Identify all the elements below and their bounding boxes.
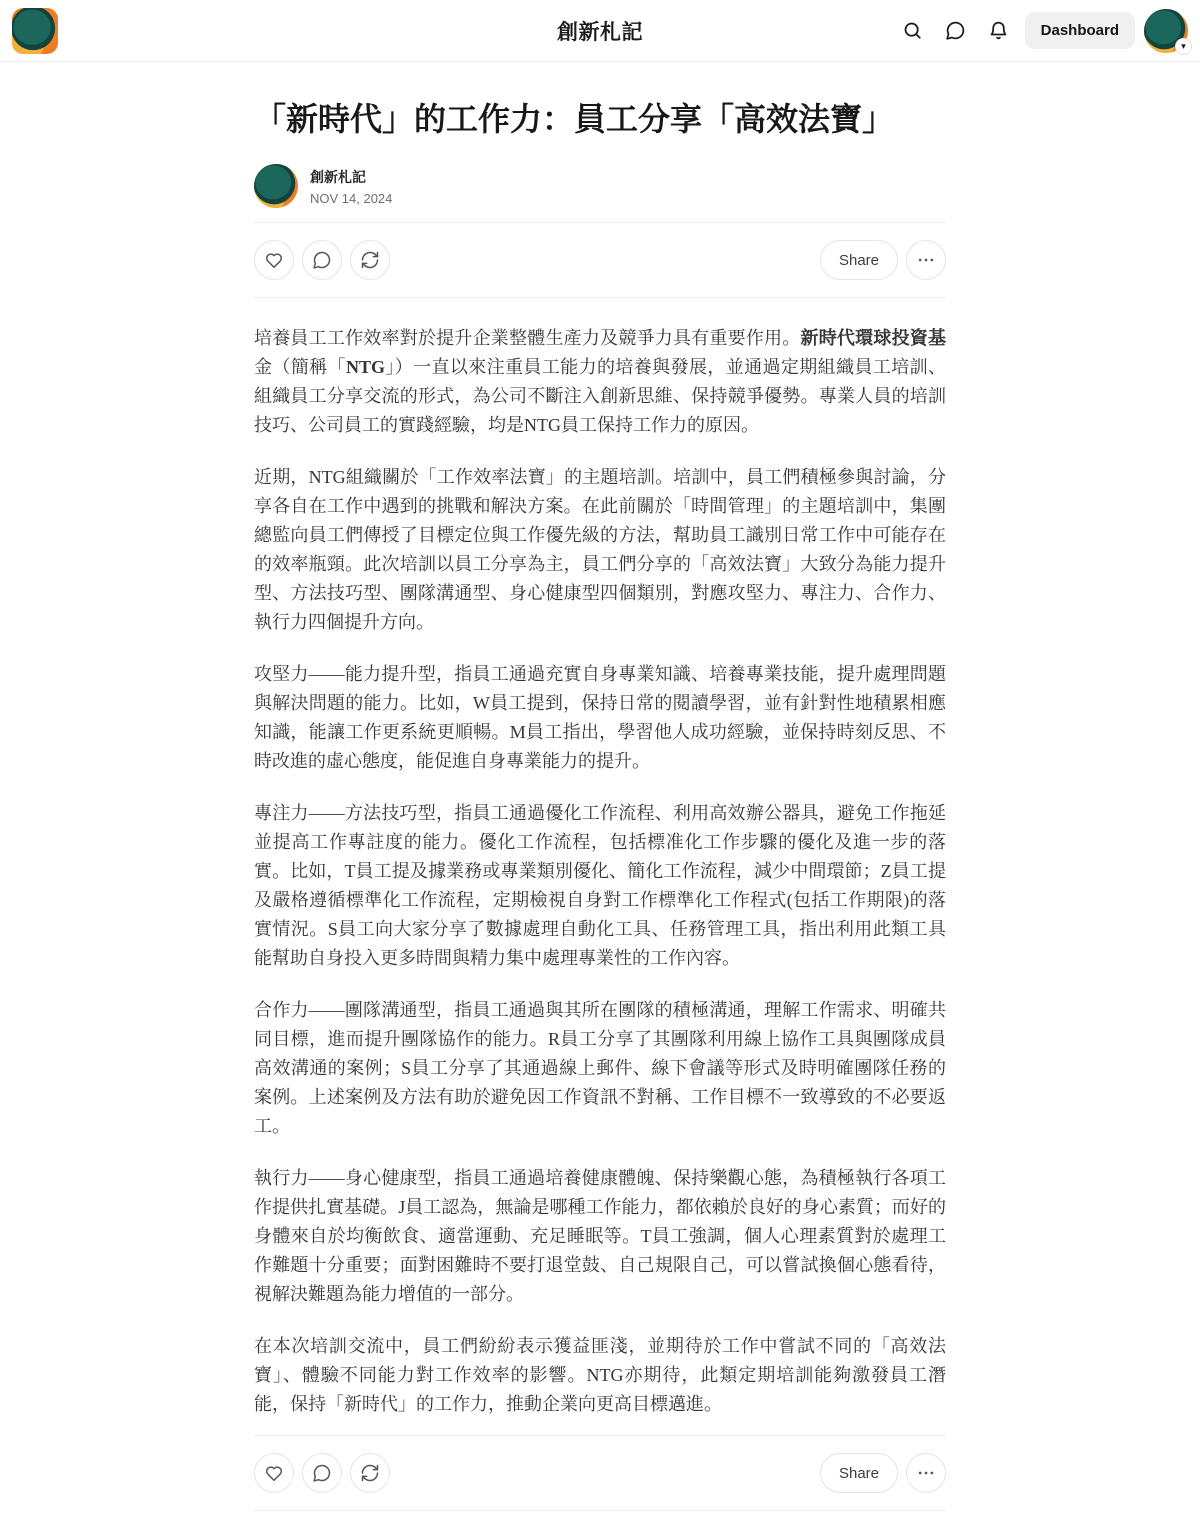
- article-paragraph: 合作力——團隊溝通型，指員工通過與其所在團隊的積極溝通，理解工作需求、明確共同目…: [254, 996, 946, 1141]
- author-avatar-image: [254, 164, 298, 208]
- reaction-buttons: [254, 1453, 390, 1493]
- article-paragraph: 在本次培訓交流中，員工們紛紛表示獲益匪淺，並期待於工作中嘗試不同的「高效法寶」、…: [254, 1332, 946, 1419]
- bell-icon: [988, 20, 1009, 41]
- post-date: NOV 14, 2024: [310, 191, 392, 206]
- ellipsis-icon: [916, 1463, 936, 1483]
- comment-icon: [312, 1463, 332, 1483]
- post-page: 「新時代」的工作力：員工分享「高效法寶」 創新札記 NOV 14, 2024: [254, 98, 946, 1537]
- post-action-bar-top: Share: [254, 223, 946, 297]
- heart-icon: [264, 1463, 284, 1483]
- share-buttons: Share: [820, 1453, 946, 1493]
- share-button[interactable]: Share: [820, 240, 898, 280]
- share-buttons: Share: [820, 240, 946, 280]
- like-button[interactable]: [254, 1453, 294, 1493]
- reaction-buttons: [254, 240, 390, 280]
- heart-icon: [264, 250, 284, 270]
- restack-icon: [360, 1463, 380, 1483]
- comment-icon: [312, 250, 332, 270]
- bottom-spacer: [254, 1511, 946, 1537]
- publication-logo[interactable]: [12, 8, 58, 54]
- ellipsis-icon: [916, 250, 936, 270]
- caret-down-icon: ▾: [1175, 38, 1192, 55]
- site-title[interactable]: 創新札記: [557, 16, 643, 46]
- comments-button[interactable]: [939, 14, 973, 48]
- comment-button[interactable]: [302, 1453, 342, 1493]
- user-avatar[interactable]: ▾: [1144, 9, 1188, 53]
- more-button[interactable]: [906, 240, 946, 280]
- dashboard-button[interactable]: Dashboard: [1025, 12, 1135, 49]
- article-paragraph: 攻堅力——能力提升型，指員工通過充實自身專業知識、培養專業技能，提升處理問題與解…: [254, 660, 946, 776]
- restack-button[interactable]: [350, 1453, 390, 1493]
- more-button[interactable]: [906, 1453, 946, 1493]
- publication-logo-icon: [12, 8, 58, 54]
- post-action-bar-bottom: Share: [254, 1436, 946, 1510]
- speech-bubble-icon: [945, 20, 966, 41]
- article-paragraph: 近期，NTG組織關於「工作效率法寶」的主題培訓。培訓中，員工們積極參與討論，分享…: [254, 463, 946, 637]
- author-avatar[interactable]: [254, 164, 298, 208]
- restack-button[interactable]: [350, 240, 390, 280]
- author-name[interactable]: 創新札記: [310, 167, 392, 187]
- article-paragraph: 專注力——方法技巧型，指員工通過優化工作流程、利用高效辦公器具，避免工作拖延並提…: [254, 799, 946, 973]
- post-title: 「新時代」的工作力：員工分享「高效法寶」: [254, 98, 946, 140]
- article-body: 培養員工工作效率對於提升企業整體生產力及競爭力具有重要作用。新時代環球投資基金（…: [254, 298, 946, 1435]
- restack-icon: [360, 250, 380, 270]
- article-paragraph: 培養員工工作效率對於提升企業整體生產力及競爭力具有重要作用。新時代環球投資基金（…: [254, 324, 946, 440]
- comment-button[interactable]: [302, 240, 342, 280]
- notifications-button[interactable]: [982, 14, 1016, 48]
- search-icon: [902, 20, 923, 41]
- like-button[interactable]: [254, 240, 294, 280]
- article-paragraph: 執行力——身心健康型，指員工通過培養健康體魄、保持樂觀心態，為積極執行各項工作提…: [254, 1164, 946, 1309]
- header-actions: Dashboard ▾: [896, 9, 1188, 53]
- site-header: 創新札記 Dashboard: [0, 0, 1200, 62]
- search-button[interactable]: [896, 14, 930, 48]
- byline: 創新札記 NOV 14, 2024: [254, 164, 946, 222]
- share-button[interactable]: Share: [820, 1453, 898, 1493]
